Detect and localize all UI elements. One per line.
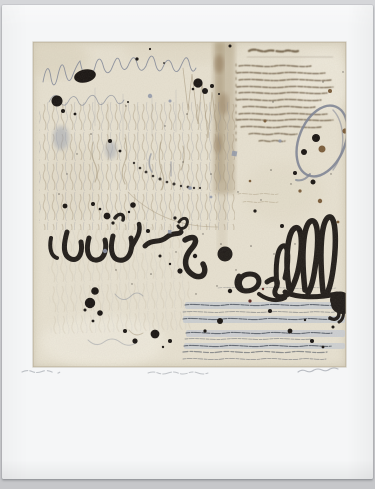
print-paper-sheet xyxy=(2,5,373,479)
artwork-photo xyxy=(0,0,375,489)
title-inscription xyxy=(148,372,208,374)
edition-inscription xyxy=(22,371,60,374)
etched-plate-area xyxy=(33,42,346,367)
paper-grain xyxy=(33,42,346,367)
artwork-image xyxy=(33,42,346,367)
artist-signature xyxy=(298,368,338,372)
